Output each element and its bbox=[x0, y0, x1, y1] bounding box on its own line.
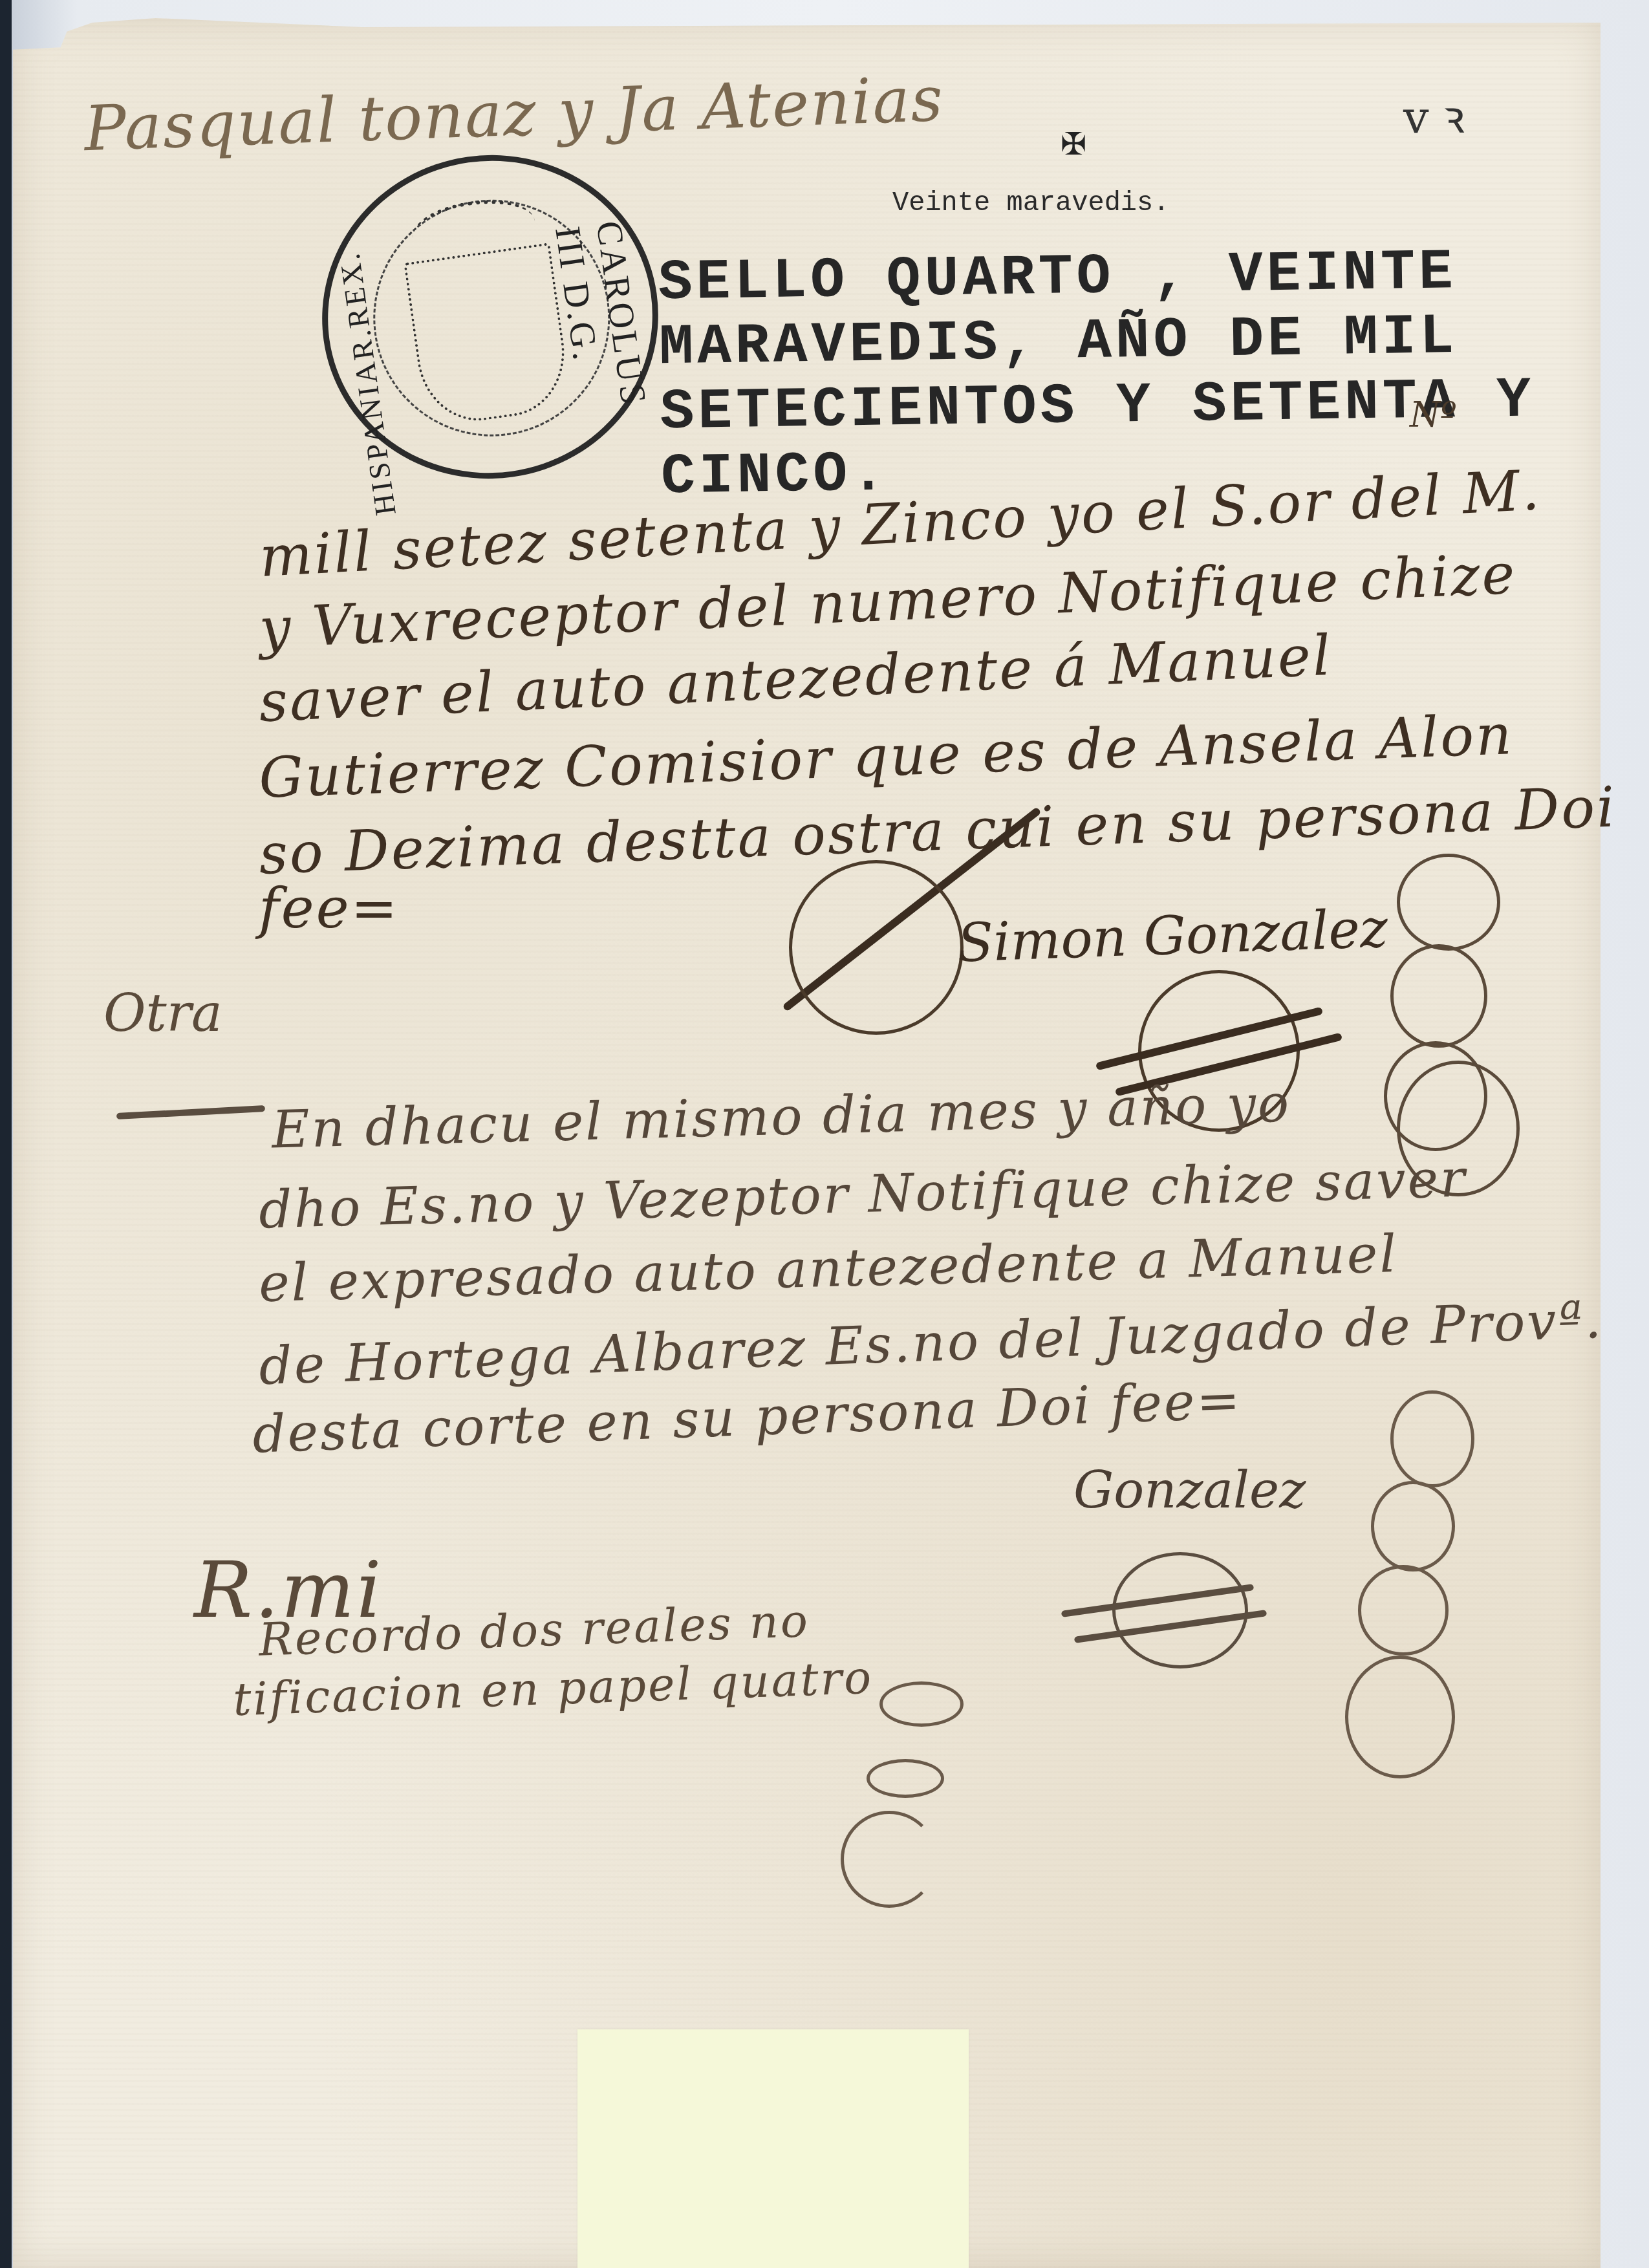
rubric-flourish-loop bbox=[879, 1681, 964, 1727]
stamp-line-2: MARAVEDIS, AÑO DE MIL bbox=[659, 305, 1520, 382]
sticky-note bbox=[577, 2029, 969, 2268]
margin-note-otra: Otra bbox=[103, 983, 222, 1043]
rubric-flourish-loop bbox=[1345, 1656, 1455, 1778]
superscript-annotation: Nº bbox=[1410, 394, 1457, 435]
signature-gonzalez: Gonzalez bbox=[1073, 1462, 1306, 1520]
top-right-print-mark: ⅴ ꝛ bbox=[1403, 84, 1465, 146]
cross-icon: ✠ bbox=[1061, 126, 1086, 162]
rubric-flourish-loop bbox=[867, 1759, 944, 1798]
rubric-flourish-loop bbox=[1390, 1390, 1474, 1487]
rubric-flourish-loop bbox=[1358, 1565, 1449, 1656]
scanner-frame-edge bbox=[0, 0, 12, 2268]
signature-loop-flourish bbox=[789, 860, 964, 1035]
rubric-flourish-loop bbox=[1390, 944, 1487, 1048]
stamp-line-3: SETECIENTOS Y SETENTA Y bbox=[660, 369, 1520, 446]
rubric-flourish-loop bbox=[841, 1811, 938, 1908]
seal-legend-right: CAROLUS III D.G. bbox=[546, 219, 661, 462]
rubric-flourish-loop bbox=[1371, 1481, 1455, 1571]
notary-rubric-circle-icon bbox=[1112, 1552, 1248, 1669]
stamp-price-line: Veinte maravedis. bbox=[892, 188, 1169, 219]
paragraph-1-line-6: fee= bbox=[259, 876, 400, 941]
stamp-line-1: SELLO QUARTO , VEINTE bbox=[658, 240, 1518, 317]
rubric-flourish-loop bbox=[1397, 854, 1500, 951]
